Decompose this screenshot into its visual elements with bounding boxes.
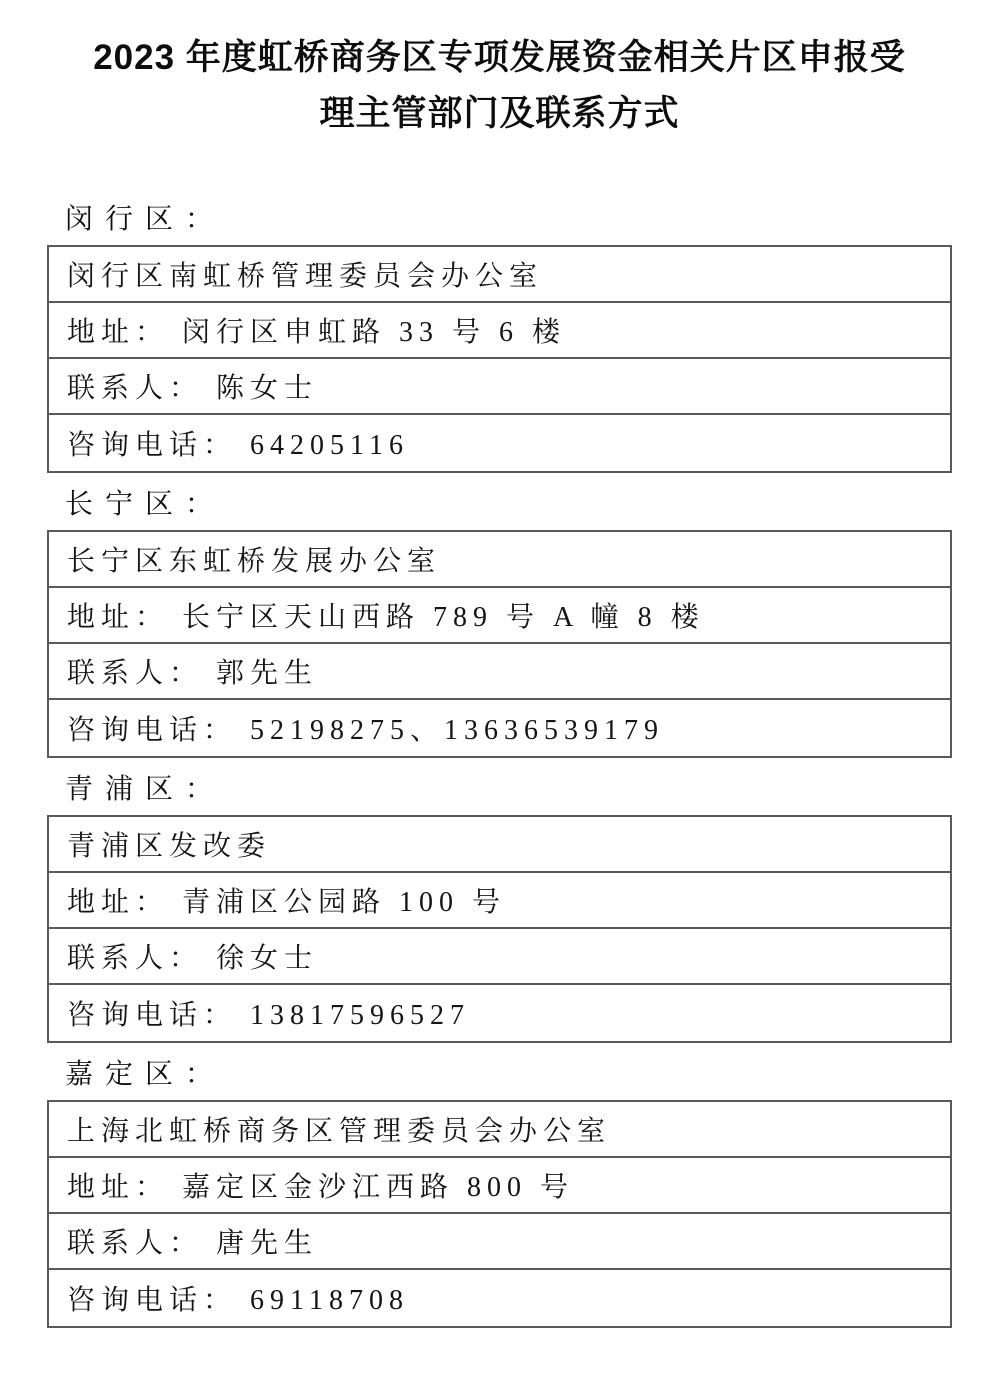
office-name-row: 闵行区南虹桥管理委员会办公室 — [49, 247, 950, 303]
document-page: 2023 年度虹桥商务区专项发展资金相关片区申报受 理主管部门及联系方式 闵行区… — [0, 0, 999, 1380]
district-section-qingpu: 青浦区： 青浦区发改委 地址： 青浦区公园路 100 号 联系人： 徐女士 咨询… — [47, 758, 952, 1043]
document-body: 闵行区： 闵行区南虹桥管理委员会办公室 地址： 闵行区申虹路 33 号 6 楼 … — [47, 188, 952, 1328]
district-section-minhang: 闵行区： 闵行区南虹桥管理委员会办公室 地址： 闵行区申虹路 33 号 6 楼 … — [47, 188, 952, 473]
document-title-line-2: 理主管部门及联系方式 — [0, 86, 999, 142]
phone-row: 咨询电话： 64205116 — [49, 415, 950, 471]
phone-row: 咨询电话： 69118708 — [49, 1270, 950, 1326]
address-row: 地址： 闵行区申虹路 33 号 6 楼 — [49, 303, 950, 359]
document-title: 2023 年度虹桥商务区专项发展资金相关片区申报受 理主管部门及联系方式 — [0, 0, 999, 142]
address-row: 地址： 长宁区天山西路 789 号 A 幢 8 楼 — [49, 588, 950, 644]
district-info-table: 闵行区南虹桥管理委员会办公室 地址： 闵行区申虹路 33 号 6 楼 联系人： … — [47, 245, 952, 473]
contact-person-row: 联系人： 唐先生 — [49, 1214, 950, 1270]
district-section-changning: 长宁区： 长宁区东虹桥发展办公室 地址： 长宁区天山西路 789 号 A 幢 8… — [47, 473, 952, 758]
office-name-row: 上海北虹桥商务区管理委员会办公室 — [49, 1102, 950, 1158]
district-label: 青浦区： — [47, 758, 952, 815]
phone-row: 咨询电话： 13817596527 — [49, 985, 950, 1041]
district-section-jiading: 嘉定区： 上海北虹桥商务区管理委员会办公室 地址： 嘉定区金沙江西路 800 号… — [47, 1043, 952, 1328]
address-row: 地址： 嘉定区金沙江西路 800 号 — [49, 1158, 950, 1214]
district-label: 嘉定区： — [47, 1043, 952, 1100]
district-info-table: 长宁区东虹桥发展办公室 地址： 长宁区天山西路 789 号 A 幢 8 楼 联系… — [47, 530, 952, 758]
district-label: 长宁区： — [47, 473, 952, 530]
contact-person-row: 联系人： 陈女士 — [49, 359, 950, 415]
office-name-row: 长宁区东虹桥发展办公室 — [49, 532, 950, 588]
district-info-table: 青浦区发改委 地址： 青浦区公园路 100 号 联系人： 徐女士 咨询电话： 1… — [47, 815, 952, 1043]
district-info-table: 上海北虹桥商务区管理委员会办公室 地址： 嘉定区金沙江西路 800 号 联系人：… — [47, 1100, 952, 1328]
phone-row: 咨询电话： 52198275、13636539179 — [49, 700, 950, 756]
address-row: 地址： 青浦区公园路 100 号 — [49, 873, 950, 929]
office-name-row: 青浦区发改委 — [49, 817, 950, 873]
district-label: 闵行区： — [47, 188, 952, 245]
contact-person-row: 联系人： 郭先生 — [49, 644, 950, 700]
document-title-line-1: 2023 年度虹桥商务区专项发展资金相关片区申报受 — [0, 30, 999, 86]
contact-person-row: 联系人： 徐女士 — [49, 929, 950, 985]
